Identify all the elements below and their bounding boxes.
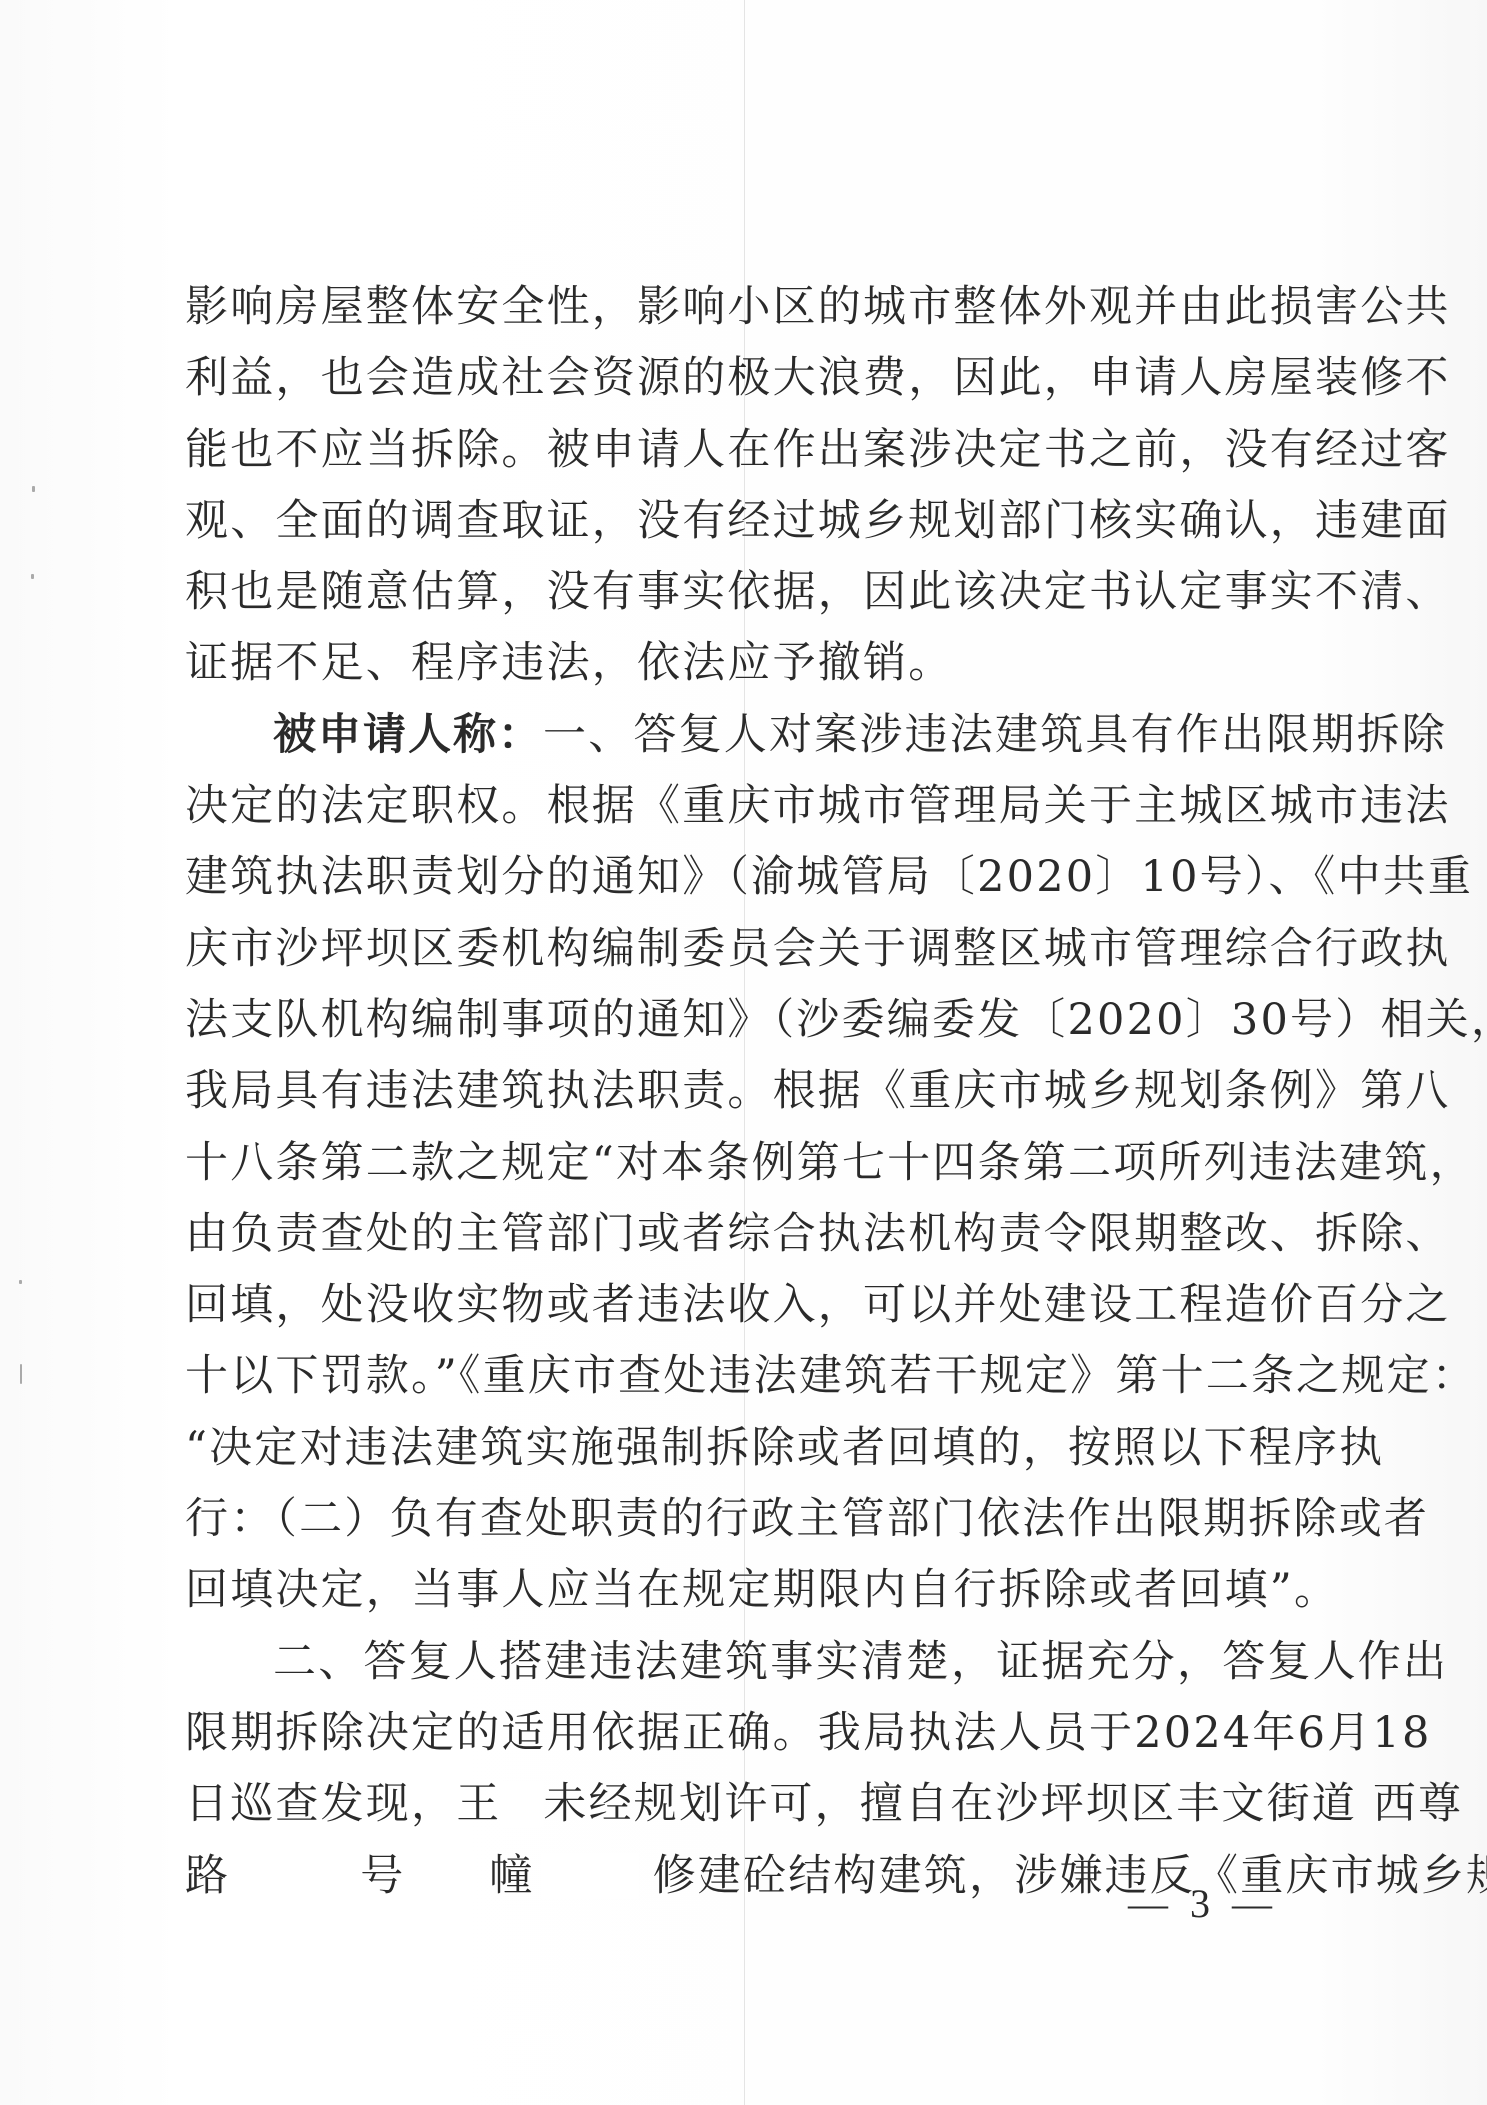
redacted-name	[501, 1781, 543, 1827]
text-segment: 路	[185, 1851, 230, 1901]
text-segment: 修建砼结构建筑，涉嫌违反《重庆市城乡规	[653, 1851, 1487, 1901]
text-segment: 一、答复人对案涉违法建筑具有作出限期拆除	[543, 710, 1447, 760]
scan-speck	[31, 574, 34, 579]
text-line: 回填，处没收实物或者违法收入，可以并处建设工程造价百分之	[185, 1270, 1295, 1341]
respondent-statement-line: 被申请人称：一、答复人对案涉违法建筑具有作出限期拆除	[185, 700, 1295, 771]
text-line: 二、答复人搭建违法建筑事实清楚，证据充分，答复人作出	[185, 1627, 1295, 1698]
text-line: 积也是随意估算，没有事实依据，因此该决定书认定事实不清、	[185, 557, 1295, 628]
text-line: 十八条第二款之规定“对本条例第七十四条第二项所列违法建筑，	[185, 1128, 1295, 1199]
text-segment: 号	[360, 1851, 405, 1901]
text-segment: 未经规划许可，擅自在沙坪坝区丰文街道 西尊	[543, 1779, 1463, 1829]
scan-speck	[20, 1364, 22, 1384]
text-segment: 日巡查发现，王	[185, 1779, 501, 1829]
redacted-unit	[541, 1853, 639, 1899]
scan-speck	[32, 486, 35, 492]
scan-speck	[19, 1280, 22, 1284]
text-line: 回填决定，当事人应当在规定期限内自行拆除或者回填”。	[185, 1555, 1295, 1626]
text-line: 决定的法定职权。根据《重庆市城市管理局关于主城区城市违法	[185, 771, 1295, 842]
text-line: 证据不足、程序违法，依法应予撤销。	[185, 628, 1295, 699]
text-segment: 幢	[489, 1851, 534, 1901]
text-line: 利益，也会造成社会资源的极大浪费，因此，申请人房屋装修不	[185, 343, 1295, 414]
text-line: 庆市沙坪坝区委机构编制委员会关于调整区城市管理综合行政执	[185, 914, 1295, 985]
text-line: 法支队机构编制事项的通知》（沙委编委发〔2020〕30号）相关，	[185, 985, 1295, 1056]
text-line: 建筑执法职责划分的通知》（渝城管局〔2020〕10号）、《中共重	[185, 842, 1295, 913]
text-line: 我局具有违法建筑执法职责。根据《重庆市城乡规划条例》第八	[185, 1056, 1295, 1127]
text-line: 限期拆除决定的适用依据正确。我局执法人员于2024年6月18	[185, 1698, 1295, 1769]
text-line: 十以下罚款。”《重庆市查处违法建筑若干规定》第十二条之规定：	[185, 1341, 1295, 1412]
text-line-with-redaction: 日巡查发现，王未经规划许可，擅自在沙坪坝区丰文街道 西尊	[185, 1769, 1295, 1840]
page-number: — 3 —	[1128, 1880, 1278, 1927]
text-line: 由负责查处的主管部门或者综合执法机构责令限期整改、拆除、	[185, 1199, 1295, 1270]
document-page: 影响房屋整体安全性，影响小区的城市整体外观并由此损害公共 利益，也会造成社会资源…	[0, 0, 1487, 2105]
text-line: 观、全面的调查取证，没有经过城乡规划部门核实确认，违建面	[185, 486, 1295, 557]
redacted-number	[244, 1853, 354, 1899]
redacted-building	[419, 1853, 477, 1899]
text-line: 能也不应当拆除。被申请人在作出案涉决定书之前，没有经过客	[185, 415, 1295, 486]
text-line: 行：（二）负有查处职责的行政主管部门依法作出限期拆除或者	[185, 1484, 1295, 1555]
text-line: 影响房屋整体安全性，影响小区的城市整体外观并由此损害公共	[185, 272, 1295, 343]
text-line: “决定对违法建筑实施强制拆除或者回填的，按照以下程序执	[185, 1413, 1295, 1484]
respondent-label: 被申请人称：	[273, 710, 543, 760]
body-text: 影响房屋整体安全性，影响小区的城市整体外观并由此损害公共 利益，也会造成社会资源…	[185, 272, 1295, 1912]
